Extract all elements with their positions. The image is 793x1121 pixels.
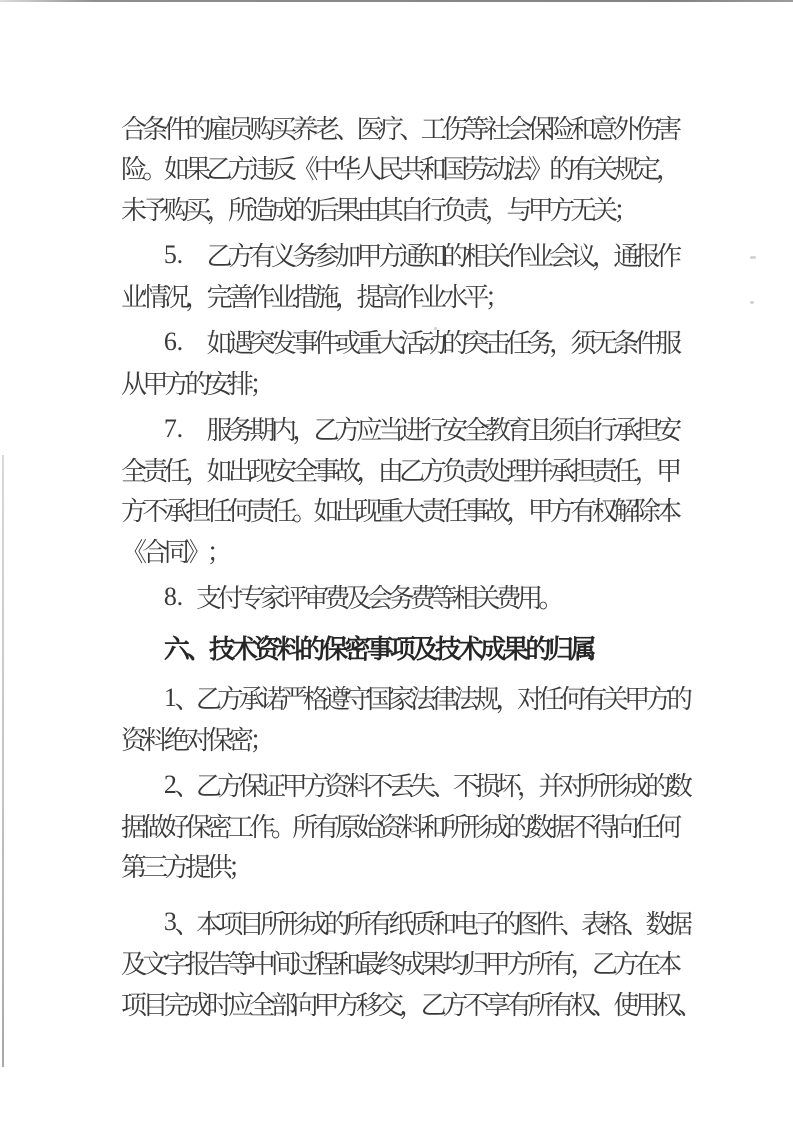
- paragraph: 7.服务期内，乙方应当进行安全教育且须自行承担安全责任，如出现安全事故，由乙方负…: [121, 409, 721, 571]
- text-line: 《合同》；: [121, 530, 721, 571]
- text-line: 5.乙方有义务参加甲方通知的相关作业会议，通报作: [121, 235, 721, 276]
- text-line: 3、本项目所形成的所有纸质和电子的图件、表格、数据: [121, 902, 721, 943]
- paragraph: 合条件的雇员购买养老、医疗、工伤等社会保险和意外伤害险。如果乙方违反《中华人民共…: [121, 107, 721, 229]
- text-line: 资料绝对保密；: [121, 718, 721, 759]
- text-line: 全责任，如出现安全事故，由乙方负责处理并承担责任，甲: [121, 449, 721, 490]
- paragraph: 1、乙方承诺严格遵守国家法律法规，对任何有关甲方的资料绝对保密；: [121, 678, 721, 759]
- text-line: 6.如遇突发事件或重大活动的突击任务，须无条件服: [121, 322, 721, 363]
- text-line: 六、技术资料的保密事项及技术成果的归属: [121, 627, 721, 668]
- scan-speck: [750, 256, 756, 259]
- text-line: 及文字报告等中间过程和最终成果均归甲方所有，乙方在本: [121, 943, 721, 984]
- paragraph: 3、本项目所形成的所有纸质和电子的图件、表格、数据及文字报告等中间过程和最终成果…: [121, 902, 721, 1024]
- text-line: 据做好保密工作。所有原始资料和所形成的数据不得向任何: [121, 805, 721, 846]
- paragraph: 5.乙方有义务参加甲方通知的相关作业会议，通报作业情况，完善作业措施，提高作业水…: [121, 235, 721, 316]
- scan-edge-top-line: [0, 0, 793, 2]
- text-line: 项目完成时应全部向甲方移交，乙方不享有所有权、使用权、: [121, 983, 721, 1024]
- text-line: 2、乙方保证甲方资料不丢失、不损坏，并对所形成的数: [121, 765, 721, 806]
- text-line: 第三方提供；: [121, 846, 721, 887]
- section-heading: 六、技术资料的保密事项及技术成果的归属: [121, 627, 721, 668]
- scan-speck: [750, 301, 754, 304]
- text-line: 方不承担任何责任。如出现重大责任事故，甲方有权解除本: [121, 490, 721, 531]
- text-line: 1、乙方承诺严格遵守国家法律法规，对任何有关甲方的: [121, 678, 721, 719]
- paragraph: 6.如遇突发事件或重大活动的突击任务，须无条件服从甲方的安排；: [121, 322, 721, 403]
- text-line: 8.支付专家评审费及会务费等相关费用。: [121, 577, 721, 618]
- text-line: 7.服务期内，乙方应当进行安全教育且须自行承担安: [121, 409, 721, 450]
- text-line: 业情况，完善作业措施，提高作业水平；: [121, 275, 721, 316]
- text-column: 合条件的雇员购买养老、医疗、工伤等社会保险和意外伤害险。如果乙方违反《中华人民共…: [121, 107, 721, 1024]
- paragraph: 2、乙方保证甲方资料不丢失、不损坏，并对所形成的数据做好保密工作。所有原始资料和…: [121, 765, 721, 887]
- document-page: 合条件的雇员购买养老、医疗、工伤等社会保险和意外伤害险。如果乙方违反《中华人民共…: [0, 0, 793, 1121]
- text-line: 未予购买，所造成的后果由其自行负责，与甲方无关；: [121, 188, 721, 229]
- text-line: 险。如果乙方违反《中华人民共和国劳动法》的有关规定，: [121, 148, 721, 189]
- text-line: 合条件的雇员购买养老、医疗、工伤等社会保险和意外伤害: [121, 107, 721, 148]
- scan-edge-left-line: [2, 455, 4, 1067]
- paragraph: 8.支付专家评审费及会务费等相关费用。: [121, 577, 721, 618]
- text-line: 从甲方的安排；: [121, 362, 721, 403]
